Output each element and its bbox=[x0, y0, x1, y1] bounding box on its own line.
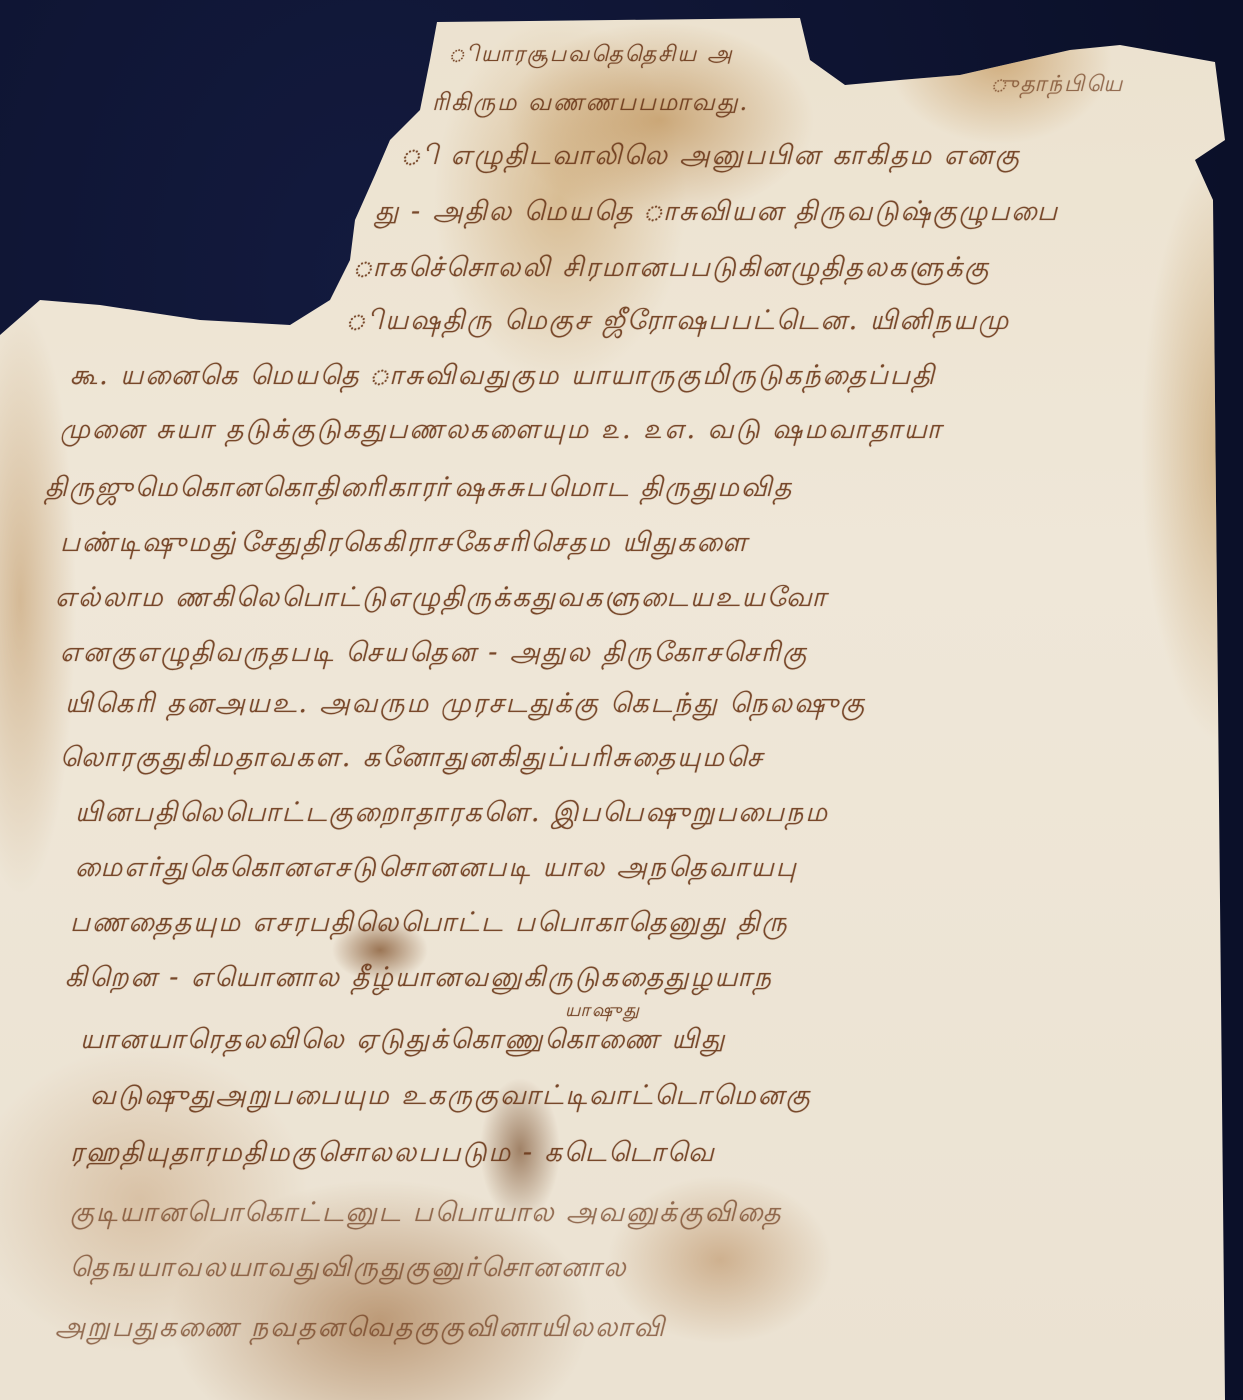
manuscript-line-18: பணதைதயும எசரபதிலெபொட்ட பபொகாதெனுது திரு bbox=[70, 907, 789, 942]
manuscript-line-20: யானயாரெதலவிலெ ஏடுதுக்கொணுகொணை யிது bbox=[80, 1024, 726, 1059]
interlinear-note: யாஷுது bbox=[565, 1000, 641, 1023]
manuscript-line-3: ரிகிரும வணணபபமாவது. bbox=[432, 88, 749, 119]
manuscript-line-13: எனகுஎழுதிவருதபடி செயதென - அதுல திருகோசசெ… bbox=[60, 637, 808, 672]
manuscript-line-19: கிறென - எயொனால தீழ்யானவனுகிருடுகதைதுழயாந bbox=[65, 962, 773, 997]
manuscript-line-15: லொரகுதுகிமதாவகள. கனோதுனகிதுப்பரிசுதையுமச… bbox=[60, 742, 764, 777]
manuscript-line-5: து - அதில மெயதெ ாசுவியன திருவடுஷ்குழுபபை bbox=[375, 196, 1059, 231]
manuscript-line-16: யினபதிலெபொட்டகுறைாதாரகளெ. இபபெஷுறுபபைநம bbox=[75, 797, 829, 832]
manuscript-line-4: ி எழுதிடவாலிலெ அனுபபின காகிதம எனகு bbox=[400, 140, 1021, 175]
manuscript-line-9: முனை சுயா தடுக்குடுகதுபணலகளையும ௨. ௨௭. வ… bbox=[60, 414, 943, 449]
manuscript-line-21: வடுஷுதுஅறுபபையும உகருகுவாட்டிவாட்டொமெனகு bbox=[90, 1080, 812, 1115]
manuscript-line-10: திருஜுமெகொனகொதிரிைகாரா்ஷசுசுபமொட திருதும… bbox=[45, 472, 793, 507]
manuscript-line-24: தெஙயாவலயாவதுவிருதுகுனுர்சொனனால bbox=[70, 1252, 628, 1287]
manuscript-line-11: பண்டிஷுமது்சேதுதிரகெகிராசகேசரிசெதம யிதுக… bbox=[60, 527, 749, 562]
manuscript-line-12: எல்லாம ணகிலெபொட்டுஎழுதிருக்கதுவகளுடையஉயவ… bbox=[55, 582, 828, 617]
manuscript-line-14: யிகெரி தனஅயஉ. அவரும முரசடதுக்கு கெடந்து … bbox=[65, 688, 866, 723]
manuscript-line-22: ரஹதியுதாரமதிமகுசொலலபபடும - கடெடொவெ bbox=[70, 1137, 716, 1172]
manuscript-line-2: ுதாந்பியெ bbox=[990, 72, 1124, 100]
manuscript-line-8: கூ. யனைகெ மெயதெ ாசுவிவதுகும யாயாருகுமிரு… bbox=[70, 360, 936, 395]
manuscript-line-6: ாகசெ்சொலலி சிரமானபபடுகினழுதிதலகளுக்கு bbox=[352, 252, 990, 287]
manuscript-line-17: மைஎர்துகெகொனஎசடுசொனனபடி யால அநதெவாயபு bbox=[75, 852, 798, 887]
manuscript-line-1: ியாரசூபவதெதெசிய அ bbox=[448, 42, 734, 70]
manuscript-line-25: அறுபதுகணை நவதனவெதகுகுவினாயிலலாவி bbox=[55, 1312, 666, 1347]
manuscript-line-7: ியஷதிரு மெகுச ஜீரோஷபபட்டென. யினிநயமு bbox=[345, 305, 1010, 340]
manuscript-line-23: குடியானபொகொட்டனுட பபொயால அவனுக்குவிதை bbox=[70, 1197, 782, 1232]
